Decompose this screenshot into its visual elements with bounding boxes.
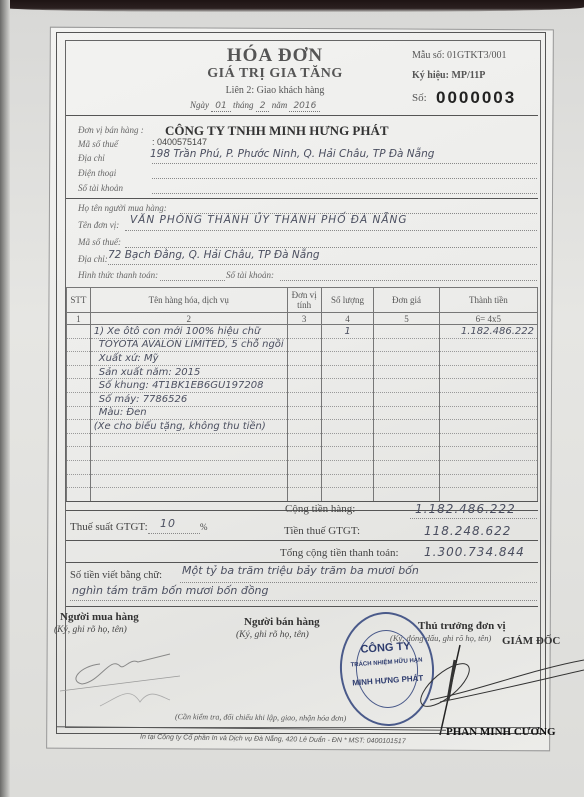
form-number: Mẫu số: 01GTKT3/001: [412, 50, 506, 61]
cell-unit-price: [374, 474, 439, 488]
cell-stt: [67, 325, 91, 339]
cell-quantity: [321, 460, 374, 474]
cell-unit: [287, 420, 321, 434]
total-label: Tổng cộng tiền thanh toán:: [280, 547, 399, 559]
seller-tax-label: Mã số thuế: [78, 139, 118, 149]
dotted-line: [152, 193, 537, 194]
col-header-quantity: Số lượng: [321, 288, 374, 313]
dotted-line: [280, 280, 537, 281]
total-value: 1.300.734.844: [424, 545, 525, 559]
table-row: Sản xuất năm: 2015: [67, 365, 538, 379]
dotted-line: [160, 280, 225, 281]
cell-quantity: [321, 488, 374, 502]
cell-amount: [439, 365, 537, 379]
cell-unit: [287, 488, 321, 502]
seller-signature-title: Người bán hàng: [244, 616, 320, 628]
cell-stt: [67, 474, 91, 488]
cell-quantity: [321, 338, 374, 352]
table-row: (Xe cho biếu tặng, không thu tiền): [67, 420, 538, 434]
cell-quantity: [321, 392, 374, 406]
head-signature-title: Thủ trưởng đơn vị: [418, 620, 506, 632]
vat-rate-value: 10: [160, 517, 176, 530]
divider: [66, 606, 538, 607]
invoice-symbol: Ký hiệu: MP/11P: [412, 70, 485, 81]
seller-account-label: Số tài khoản: [78, 183, 123, 193]
invoice-subtitle: GIÁ TRỊ GIA TĂNG: [180, 66, 370, 82]
col-number: 6= 4x5: [439, 313, 537, 325]
buyer-signature-title: Người mua hàng: [60, 611, 139, 623]
table-row: [67, 433, 538, 447]
cell-stt: [67, 406, 91, 420]
seller-phone-label: Điện thoại: [78, 168, 116, 178]
items-table: STT Tên hàng hóa, dịch vụ Đơn vị tính Số…: [66, 287, 538, 502]
cell-unit-price: [374, 338, 439, 352]
seller-tax-id: : 0400575147: [152, 137, 207, 147]
year-label: năm: [272, 100, 288, 110]
subtotal-label: Cộng tiền hàng:: [285, 503, 355, 515]
table-row: [67, 447, 538, 461]
cell-quantity: [321, 447, 374, 461]
cell-quantity: [321, 365, 374, 379]
cell-quantity: 1: [321, 325, 374, 339]
col-number: 2: [90, 313, 287, 325]
vat-rate-unit: %: [200, 522, 208, 532]
invoice-date: Ngày 01 tháng 2 năm 2016: [190, 100, 390, 111]
seller-signature-hint: (Ký, ghi rõ họ, tên): [236, 630, 309, 640]
buyer-signature-scribble: [60, 636, 220, 716]
year-value: 2016: [289, 101, 320, 112]
seller-address: 198 Trần Phú, P. Phước Ninh, Q. Hải Châu…: [150, 148, 434, 160]
cell-unit: [287, 338, 321, 352]
dotted-line: [125, 247, 537, 248]
cell-unit-price: [374, 447, 439, 461]
serial-number: 0000003: [436, 88, 516, 108]
buyer-person-label: Họ tên người mua hàng:: [78, 203, 167, 213]
seller-address-label: Địa chỉ: [78, 153, 105, 163]
col-number: 1: [67, 313, 91, 325]
cell-stt: [67, 433, 91, 447]
copy-label: Liên 2: Giao khách hàng: [200, 85, 350, 96]
cell-stt: [67, 365, 91, 379]
seller-name-label: Đơn vị bán hàng :: [78, 125, 144, 135]
cell-description: [90, 488, 287, 502]
amount-in-words-label: Số tiền viết bằng chữ:: [70, 570, 162, 581]
buyer-unit: VĂN PHÒNG THÀNH ỦY THÀNH PHỐ ĐÀ NẴNG: [130, 214, 408, 226]
cell-description: [90, 474, 287, 488]
cell-stt: [67, 420, 91, 434]
cell-description: [90, 447, 287, 461]
cell-description: [90, 460, 287, 474]
table-row: 1) Xe ôtô con mới 100% hiệu chữ11.182.48…: [67, 325, 538, 339]
director-signature: [400, 640, 584, 740]
cell-quantity: [321, 406, 374, 420]
cell-amount: [439, 338, 537, 352]
cell-amount: [439, 460, 537, 474]
month-label: tháng: [233, 100, 254, 110]
table-row: [67, 460, 538, 474]
cell-amount: [439, 392, 537, 406]
col-header-description: Tên hàng hóa, dịch vụ: [90, 288, 287, 313]
amount-in-words-line1: Một tỷ ba trăm triệu bảy trăm ba mươi bố…: [182, 564, 419, 577]
cell-unit: [287, 379, 321, 393]
vat-amount-value: 118.248.622: [424, 524, 511, 538]
cell-description: [90, 433, 287, 447]
dotted-line: [108, 264, 537, 265]
cell-unit-price: [374, 433, 439, 447]
cell-amount: 1.182.486.222: [439, 325, 537, 339]
cell-quantity: [321, 379, 374, 393]
amount-in-words-line2: nghìn tám trăm bốn mươi bốn đồng: [72, 584, 269, 597]
cell-amount: [439, 379, 537, 393]
footer-note: (Cần kiểm tra, đối chiếu khi lập, giao, …: [175, 712, 346, 723]
cell-unit: [287, 406, 321, 420]
divider: [66, 115, 538, 116]
cell-quantity: [321, 474, 374, 488]
serial-label: Số:: [412, 92, 427, 104]
divider: [66, 198, 538, 199]
cell-amount: [439, 474, 537, 488]
cell-stt: [67, 392, 91, 406]
cell-unit: [287, 392, 321, 406]
photo-edge-top: [0, 0, 584, 12]
cell-stt: [67, 447, 91, 461]
cell-amount: [439, 447, 537, 461]
cell-description: 1) Xe ôtô con mới 100% hiệu chữ: [90, 325, 287, 339]
month-value: 2: [256, 101, 270, 112]
cell-quantity: [321, 420, 374, 434]
col-header-amount: Thành tiền: [439, 288, 537, 313]
buyer-unit-label: Tên đơn vị:: [78, 220, 119, 230]
cell-unit-price: [374, 392, 439, 406]
cell-amount: [439, 352, 537, 366]
dotted-line: [70, 600, 537, 601]
table-row: Số máy: 7786526: [67, 392, 538, 406]
cell-description: TOYOTA AVALON LIMITED, 5 chỗ ngồi: [90, 338, 287, 352]
dotted-line: [152, 163, 537, 164]
cell-unit-price: [374, 379, 439, 393]
cell-unit: [287, 460, 321, 474]
buyer-signature-hint: (Ký, ghi rõ họ, tên): [54, 625, 127, 635]
cell-description: Xuất xứ: Mỹ: [90, 352, 287, 366]
cell-unit-price: [374, 406, 439, 420]
cell-unit-price: [374, 488, 439, 502]
cell-unit-price: [374, 420, 439, 434]
photo-edge-left: [0, 0, 10, 797]
day-label: Ngày: [190, 100, 209, 110]
cell-stt: [67, 488, 91, 502]
col-number: 4: [321, 313, 374, 325]
cell-quantity: [321, 352, 374, 366]
dotted-line: [152, 178, 537, 179]
cell-unit-price: [374, 365, 439, 379]
col-number: 5: [374, 313, 439, 325]
col-header-unit: Đơn vị tính: [287, 288, 321, 313]
table-row: TOYOTA AVALON LIMITED, 5 chỗ ngồi: [67, 338, 538, 352]
cell-description: Số khung: 4T1BK1EB6GU197208: [90, 379, 287, 393]
dotted-line: [180, 582, 537, 583]
col-header-stt: STT: [67, 288, 91, 313]
cell-unit: [287, 433, 321, 447]
col-header-unit-price: Đơn giá: [374, 288, 439, 313]
cell-stt: [67, 379, 91, 393]
cell-description: Sản xuất năm: 2015: [90, 365, 287, 379]
cell-description: Màu: Đen: [90, 406, 287, 420]
divider: [66, 540, 538, 541]
buyer-tax-label: Mã số thuế:: [78, 237, 121, 247]
payment-method-label: Hình thức thanh toán:: [78, 270, 158, 280]
cell-unit-price: [374, 325, 439, 339]
cell-unit: [287, 365, 321, 379]
cell-amount: [439, 488, 537, 502]
subtotal-value: 1.182.486.222: [415, 502, 516, 516]
buyer-account-label: Số tài khoản:: [226, 270, 274, 280]
cell-stt: [67, 460, 91, 474]
cell-amount: [439, 433, 537, 447]
dotted-line: [125, 230, 537, 231]
dotted-line: [410, 518, 537, 519]
vat-rate-label: Thuế suất GTGT:: [70, 521, 148, 533]
invoice-title: HÓA ĐƠN: [200, 45, 350, 67]
table-row: Màu: Đen: [67, 406, 538, 420]
cell-unit: [287, 352, 321, 366]
vat-amount-label: Tiền thuế GTGT:: [284, 525, 360, 537]
buyer-address-label: Địa chỉ:: [78, 254, 108, 264]
col-number: 3: [287, 313, 321, 325]
table-row: Số khung: 4T1BK1EB6GU197208: [67, 379, 538, 393]
divider: [66, 562, 538, 563]
cell-unit: [287, 447, 321, 461]
cell-quantity: [321, 433, 374, 447]
cell-amount: [439, 406, 537, 420]
buyer-address: 72 Bạch Đằng, Q. Hải Châu, TP Đà Nẵng: [108, 249, 320, 261]
table-row: [67, 488, 538, 502]
cell-unit-price: [374, 352, 439, 366]
cell-unit: [287, 474, 321, 488]
cell-description: (Xe cho biếu tặng, không thu tiền): [90, 420, 287, 434]
cell-unit-price: [374, 460, 439, 474]
cell-amount: [439, 420, 537, 434]
director-name: PHAN MINH CƯƠNG: [446, 726, 556, 738]
dotted-line: [148, 533, 200, 534]
cell-stt: [67, 338, 91, 352]
table-row: Xuất xứ: Mỹ: [67, 352, 538, 366]
cell-stt: [67, 352, 91, 366]
cell-description: Số máy: 7786526: [90, 392, 287, 406]
day-value: 01: [211, 101, 230, 112]
cell-unit: [287, 325, 321, 339]
table-row: [67, 474, 538, 488]
